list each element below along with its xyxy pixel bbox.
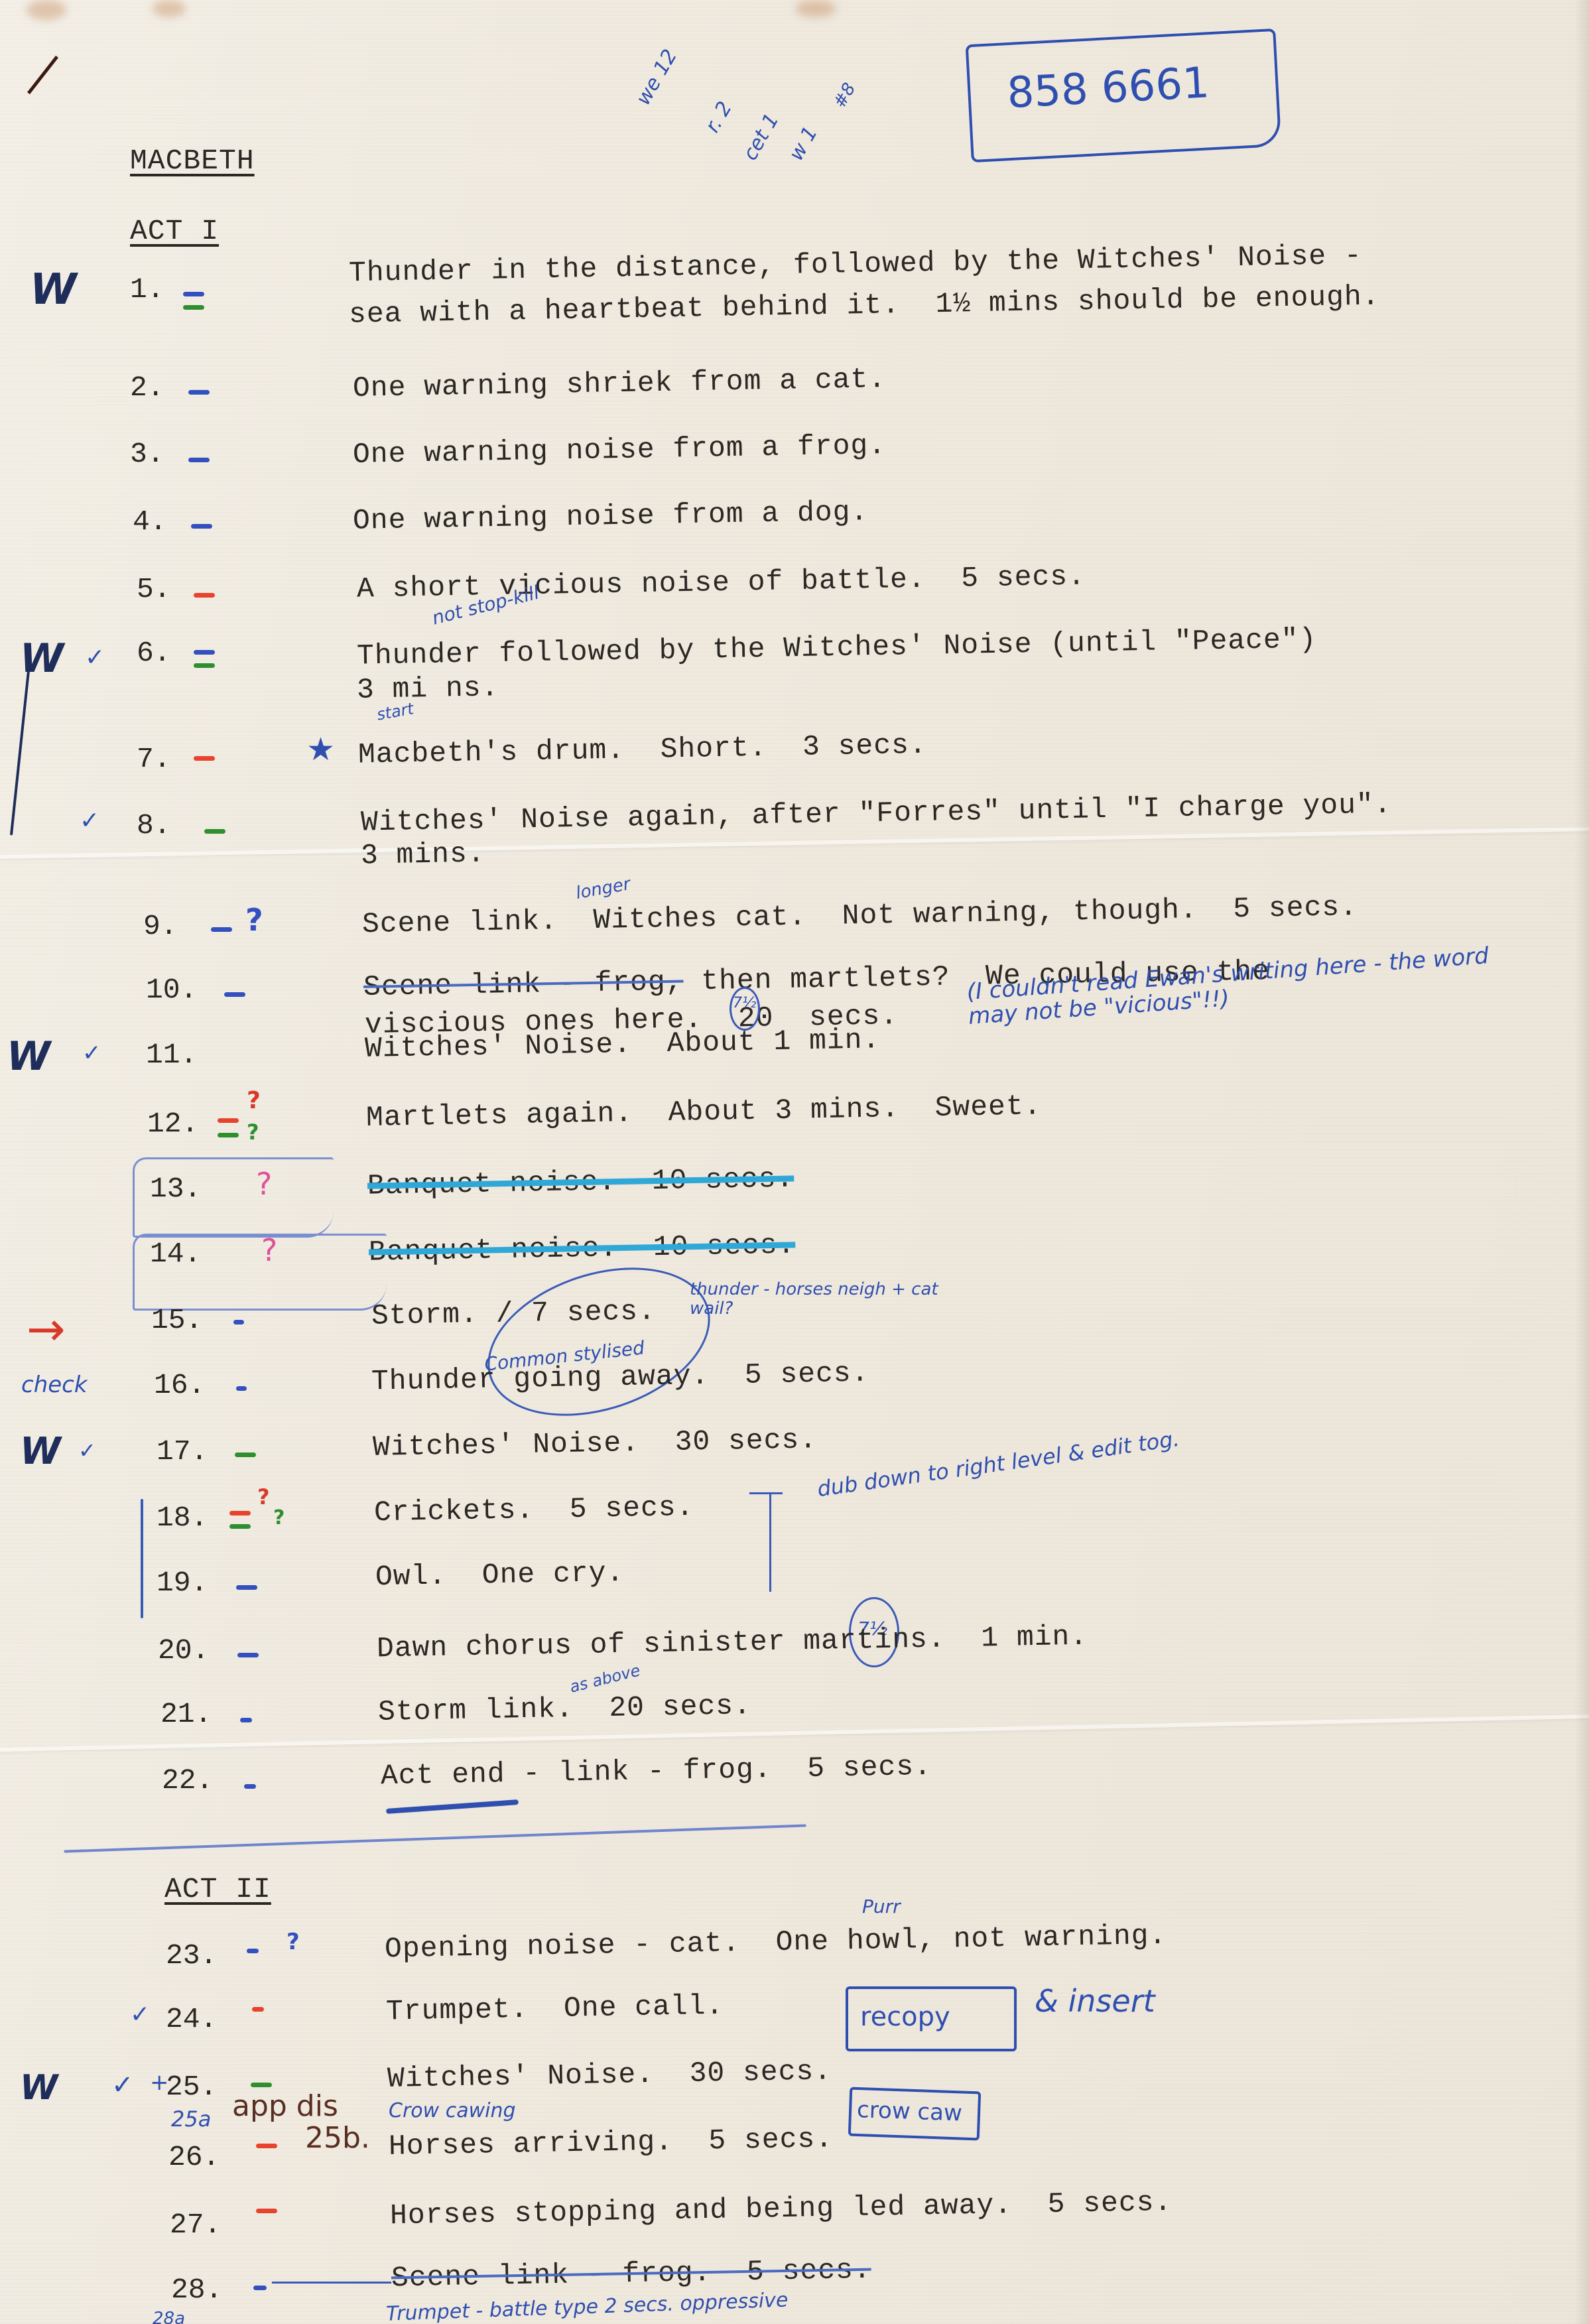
stain [796, 0, 836, 17]
cue-number: 17. [157, 1435, 208, 1468]
blue-mark-icon [211, 927, 232, 932]
act-heading: ACT I [130, 211, 219, 252]
cue-number: 26. [168, 2141, 220, 2173]
blue-mark-icon [191, 524, 212, 529]
blue-mark-icon [237, 1653, 259, 1657]
red-mark-icon [194, 593, 215, 598]
paper-edge [1574, 0, 1589, 2324]
blue-mark-icon [188, 458, 210, 462]
cue-text: Owl. One cry. [375, 1553, 624, 1598]
sub-cue-note: app dis [232, 2091, 338, 2122]
red-mark-icon [256, 2209, 277, 2213]
cue-number: 15. [151, 1304, 202, 1336]
cue-text-struck: Scene link - frog. 5 secs. [391, 2250, 872, 2299]
cue-text: Storm link. 20 secs. [378, 1685, 752, 1733]
question-mark-icon: ? [273, 1507, 285, 1529]
check-note: check [21, 1373, 88, 1397]
cue-text: 3 mins. [360, 833, 485, 876]
cue-number: 11. [146, 1039, 197, 1071]
cue-number: 9. [143, 910, 178, 942]
check-mark-icon: ✓ [111, 2071, 134, 2100]
green-mark-icon [218, 1133, 239, 1137]
cue-text: Horses arriving. 5 secs. [389, 2118, 834, 2167]
cue-text: Trumpet. One call. [385, 1986, 724, 2033]
green-mark-icon [235, 1452, 256, 1457]
stain [27, 0, 66, 20]
blue-mark-icon [236, 1585, 257, 1590]
cue-number: 6. [137, 637, 171, 669]
question-mark-icon: ? [257, 1486, 270, 1509]
green-mark-icon [183, 305, 204, 310]
side-note: thunder - horses neigh + cat wail? [690, 1280, 968, 1318]
cue-number: 21. [160, 1698, 212, 1730]
annotation: Crow cawing [389, 2100, 516, 2122]
witch-marker-icon: W [20, 1431, 61, 1472]
red-mark-icon [252, 2007, 264, 2012]
connector-line [749, 1492, 783, 1494]
arrow-icon: → [27, 1304, 66, 1355]
witch-marker-icon: W [30, 267, 77, 313]
check-mark-icon: ✓ [130, 2002, 150, 2028]
cue-number: 16. [154, 1369, 205, 1401]
cue-text: 3 mi ns. [356, 667, 499, 711]
cue-number: 10. [146, 974, 197, 1006]
blue-mark-icon [236, 1386, 247, 1391]
stain [153, 0, 186, 17]
cue-text: Witches' Noise. 30 secs. [387, 2051, 832, 2100]
cue-number: 25. [166, 2071, 217, 2103]
question-mark-icon: ? [261, 1234, 277, 1267]
blue-mark-icon [244, 1784, 256, 1789]
cue-number: 12. [147, 1108, 198, 1140]
blue-mark-icon [224, 992, 245, 997]
blue-mark-icon [183, 292, 204, 296]
phone-number: 858 6661 [1006, 60, 1211, 117]
cue-text: Thunder going away. 5 secs. [371, 1352, 869, 1402]
question-mark-icon: ? [256, 1167, 272, 1201]
strike-line [272, 2282, 391, 2284]
cue-number: 13. [150, 1173, 201, 1205]
cue-text: Crickets. 5 secs. [373, 1487, 694, 1533]
connector-line [769, 1492, 771, 1592]
blue-mark-icon [194, 650, 215, 655]
question-mark-icon: ? [247, 1088, 261, 1114]
cue-number: 23. [166, 1939, 217, 1972]
cue-number: 14. [150, 1238, 201, 1270]
blue-mark-icon [253, 2286, 267, 2290]
check-mark-icon: ✓ [85, 645, 105, 671]
cue-number: 18. [157, 1502, 208, 1534]
cue-number: 5. [137, 573, 171, 606]
phone-note-box: 858 6661 [966, 29, 1282, 162]
blue-mark-icon [247, 1949, 259, 1953]
question-mark-icon: ? [286, 1930, 300, 1955]
green-mark-icon [194, 663, 215, 668]
bracket-line [141, 1499, 143, 1618]
crow-caw-box: crow caw [848, 2087, 981, 2141]
red-mark-icon [194, 756, 215, 761]
star-icon: ★ [306, 732, 335, 767]
check-mark-icon: ✓ [82, 1041, 101, 1066]
cue-number: 2. [130, 371, 164, 404]
cue-number: 1. [130, 273, 164, 306]
struck-text: Scene link - frog, [363, 966, 684, 1003]
cue-number: 7. [137, 743, 171, 775]
cue-number: 3. [130, 438, 164, 470]
green-mark-icon [251, 2083, 272, 2087]
sub-cue-note: 25b. [305, 2122, 370, 2154]
cue-number: 24. [166, 2003, 217, 2035]
red-mark-icon [218, 1118, 239, 1123]
cue-text-struck: Banquet noise. 10 secs. [367, 1158, 794, 1206]
cue-number: 27. [170, 2209, 221, 2241]
cue-number: 4. [133, 505, 167, 538]
green-mark-icon [204, 829, 225, 834]
witch-marker-icon: W [7, 1035, 50, 1078]
blue-mark-icon [240, 1718, 252, 1722]
blue-mark-icon [188, 390, 210, 395]
question-mark-icon: ? [247, 1121, 259, 1144]
sub-cue-note: 25a [171, 2108, 211, 2131]
act-heading: ACT II [164, 1869, 271, 1910]
recopy-box: recopy [846, 1986, 1017, 2051]
green-mark-icon [229, 1524, 251, 1529]
red-mark-icon [229, 1511, 251, 1516]
blue-mark-icon [233, 1320, 244, 1324]
document-title: MACBETH [130, 141, 255, 182]
cue-number: 28. [171, 2274, 222, 2306]
cue-number: 22. [162, 1764, 213, 1797]
sub-cue-note: 28a [153, 2309, 185, 2324]
check-mark-icon: ✓ [80, 808, 99, 834]
cue-number: 20. [158, 1634, 209, 1667]
question-mark-icon: ? [245, 903, 263, 937]
side-note: & insert [1035, 1984, 1155, 2018]
cue-text: Witches' Noise. 30 secs. [373, 1419, 818, 1468]
cue-text-struck: Banquet noise. 10 secs. [369, 1224, 796, 1273]
check-mark-icon: ✓ [78, 1439, 96, 1462]
annotation: Purr [862, 1897, 901, 1917]
red-mark-icon [256, 2144, 277, 2148]
witch-marker-icon: W [20, 2069, 58, 2107]
cue-number: 8. [137, 809, 171, 842]
cue-number: 19. [157, 1567, 208, 1599]
